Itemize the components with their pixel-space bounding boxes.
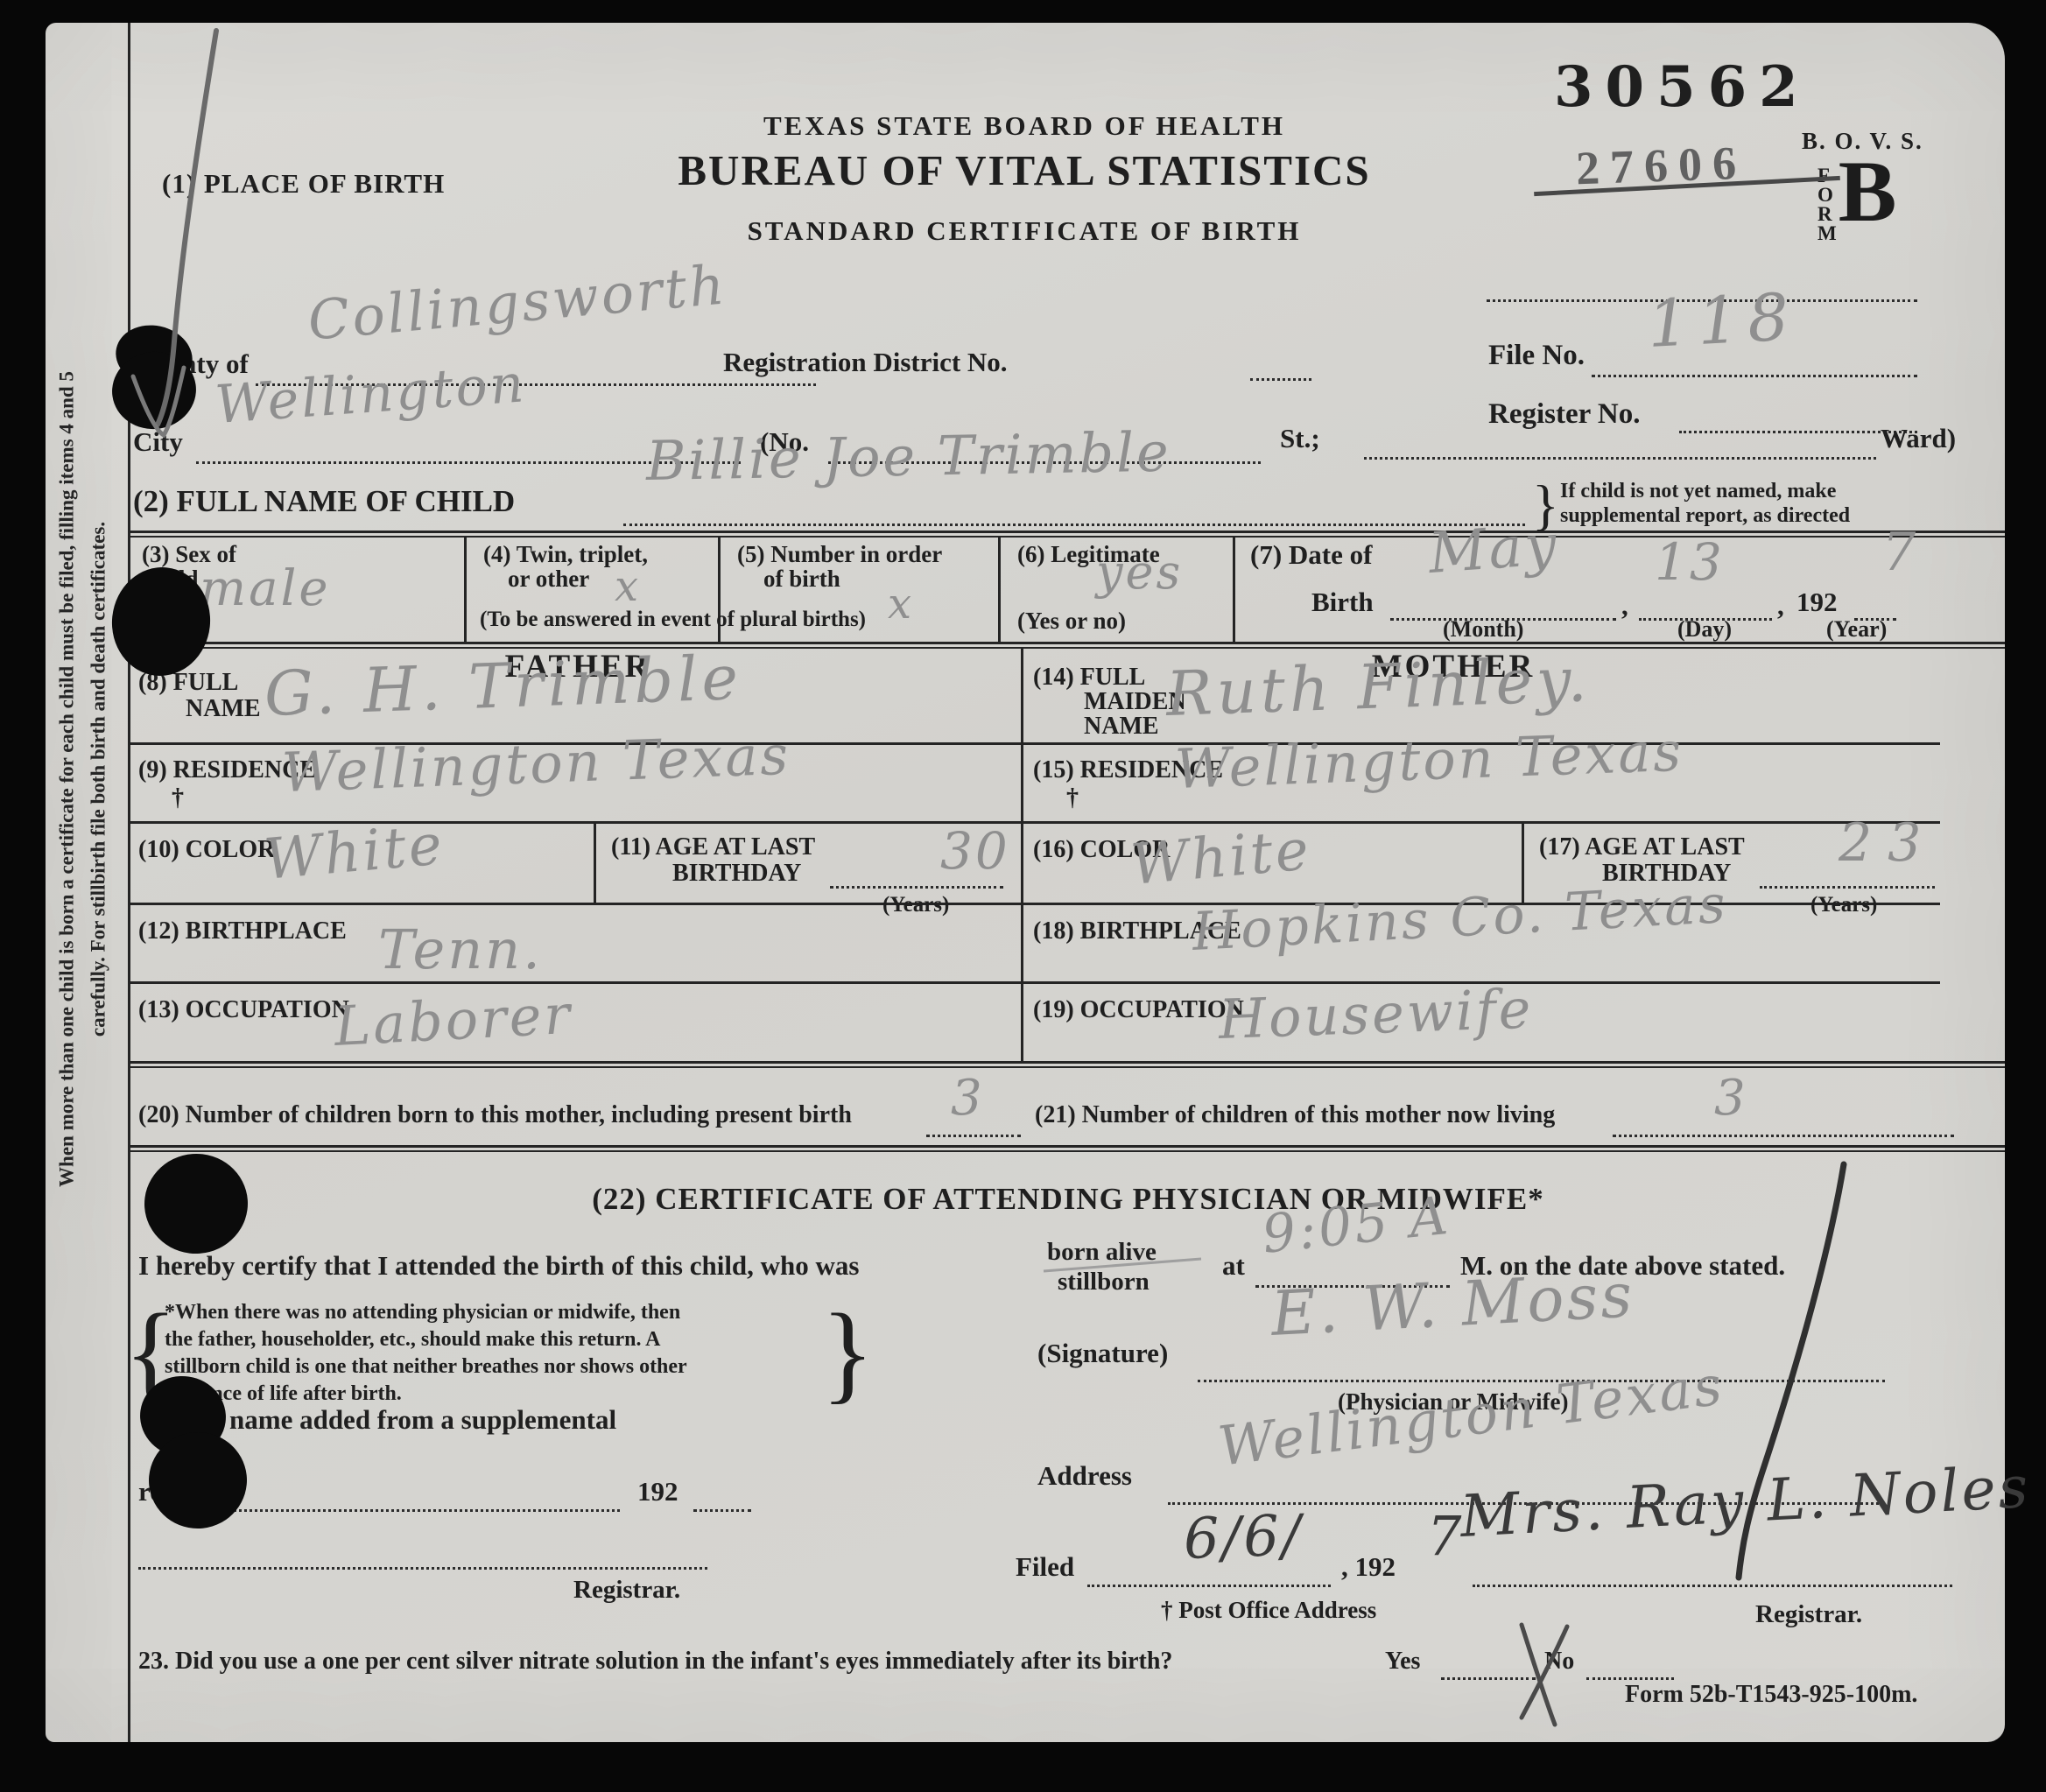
supplemental-year: 192 (637, 1476, 678, 1507)
father-age-label-2: BIRTHDAY (672, 860, 801, 888)
file-no-field-line (1592, 375, 1917, 377)
filed-value: 6/6/ (1183, 1503, 1304, 1572)
supplemental-year-line (693, 1509, 751, 1512)
dob-comma-2: , (1777, 590, 1784, 622)
supplemental-field-line (228, 1509, 620, 1512)
mother-residence-dagger: † (1066, 784, 1079, 812)
question-23-yes-line (1441, 1677, 1536, 1680)
legitimate-value: yes (1096, 545, 1183, 600)
mother-occupation-value: Housewife (1218, 976, 1535, 1051)
form-number: Form 52b-T1543-925-100m. (1625, 1681, 1917, 1709)
district-label: Registration District No. (723, 347, 1008, 378)
day-note: (Day) (1677, 616, 1732, 643)
form-letter-b: B (1839, 154, 1897, 228)
filed-label: Filed (1016, 1551, 1074, 1583)
question-23-no-line (1586, 1677, 1674, 1680)
registrar-left-line (138, 1567, 707, 1570)
rule-below-counts (128, 1145, 2005, 1152)
signature-label: (Signature) (1037, 1338, 1168, 1369)
header-board: TEXAS STATE BOARD OF HEALTH (560, 110, 1488, 142)
question-23-no-label: No (1544, 1648, 1574, 1676)
margin-instructions: When more than one child is born a certi… (52, 191, 125, 1368)
post-office-label: † Post Office Address (1161, 1597, 1376, 1624)
children-living-value: 3 (1714, 1070, 1748, 1127)
header-bureau: BUREAU OF VITAL STATISTICS (560, 145, 1488, 195)
grid-divider-1 (464, 537, 467, 642)
year-note: (Year) (1826, 616, 1887, 643)
father-color-age-divider (594, 824, 596, 904)
street-field-line (1364, 457, 1876, 460)
registrar-right-label: Registrar. (1755, 1600, 1862, 1629)
order-value: x (888, 580, 914, 629)
filed-year-prefix: , 192 (1341, 1551, 1396, 1583)
not-named-note-1: If child is not yet named, make (1560, 480, 1836, 503)
dob-year-prefix: 192 (1796, 587, 1838, 618)
children-living-line (1613, 1135, 1954, 1137)
question-23-yes-label: Yes (1385, 1648, 1420, 1676)
mother-age-note: (Years) (1810, 893, 1877, 917)
mother-residence-rule (1021, 821, 1940, 824)
children-born-value: 3 (951, 1070, 985, 1127)
margin-line-1: When more than one child is born a certi… (52, 191, 83, 1368)
fullname-field-line (623, 524, 1525, 526)
dob-year-value: 7 (1882, 522, 1918, 583)
filed-field-line (1087, 1585, 1331, 1587)
father-occupation-label: (13) OCCUPATION (138, 996, 349, 1024)
father-residence-dagger: † (172, 784, 184, 812)
mother-occupation-label: (19) OCCUPATION (1033, 996, 1244, 1024)
fullname-value: Billie Joe Trimble (645, 420, 1171, 493)
physician-note-1: *When there was no attending physician o… (165, 1301, 680, 1325)
children-living-label: (21) Number of children of this mother n… (1035, 1101, 1555, 1129)
header-certificate: STANDARD CERTIFICATE OF BIRTH (560, 215, 1488, 247)
father-age-line (830, 886, 1003, 889)
mother-age-label-1: (17) AGE AT LAST (1539, 833, 1745, 861)
grid-divider-3 (998, 537, 1001, 642)
margin-line-2: carefully. For stillbirth file both birt… (82, 191, 114, 1368)
certificate-number-stamp: 30562 (1554, 54, 1810, 120)
supplemental-line-1: name added from a supplemental (229, 1404, 616, 1436)
physician-note-3: stillborn child is one that neither brea… (165, 1355, 687, 1379)
form-letter-o: O (1817, 186, 1837, 205)
form-letter-r: R (1817, 205, 1837, 224)
physician-note-2: the father, householder, etc., should ma… (165, 1328, 660, 1352)
city-label: City (133, 426, 183, 458)
sex-value: male (200, 560, 331, 617)
address-label: Address (1037, 1460, 1132, 1492)
father-name-label-2: NAME (186, 695, 261, 723)
mother-age-value: 23 (1839, 812, 1937, 874)
twin-label-2: or other (508, 566, 589, 593)
file-no-label: File No. (1488, 340, 1585, 372)
mother-name-value: Ruth Finley. (1165, 643, 1593, 730)
twin-value: x (615, 562, 641, 611)
father-residence-rule (128, 821, 1021, 824)
question-23-text: 23. Did you use a one per cent silver ni… (138, 1648, 1172, 1676)
children-born-label: (20) Number of children born to this mot… (138, 1101, 852, 1129)
not-named-note-2: supplemental report, as directed (1560, 504, 1850, 528)
father-color-label: (10) COLOR (138, 836, 275, 864)
rule-below-occupation (128, 1061, 2005, 1068)
order-label-1: (5) Number in order (737, 541, 942, 568)
fullname-label: (2) FULL NAME OF CHILD (133, 484, 515, 519)
father-birthplace-label: (12) BIRTHPLACE (138, 917, 347, 945)
father-birthplace-value: Tenn. (378, 917, 543, 981)
dob-comma-1: , (1621, 590, 1628, 622)
mother-age-line (1760, 886, 1935, 889)
father-age-note: (Years) (882, 893, 949, 917)
street-label: St.; (1280, 423, 1320, 454)
father-birthplace-rule (128, 981, 1021, 984)
dob-day-value: 13 (1655, 532, 1725, 592)
form-letter-m: M (1817, 224, 1837, 243)
children-born-line (926, 1135, 1021, 1137)
form-b-mark: F O R M B (1817, 154, 1896, 242)
registrar-left-label: Registrar. (573, 1576, 680, 1605)
legitimate-note: (Yes or no) (1017, 608, 1126, 635)
filed-year-value: 7 (1427, 1504, 1464, 1568)
parent-center-divider (1021, 649, 1023, 1061)
mother-name-label-3: NAME (1084, 713, 1159, 741)
form-left-border (128, 23, 130, 1742)
order-label-2: of birth (763, 566, 840, 593)
place-of-birth-label: (1) PLACE OF BIRTH (162, 168, 445, 200)
father-age-value: 30 (940, 821, 1010, 881)
plural-note: (To be answered in event of plural birth… (480, 608, 866, 632)
dob-month-value: May (1426, 513, 1561, 587)
father-age-label-1: (11) AGE AT LAST (611, 833, 815, 861)
register-no-label: Register No. (1488, 398, 1641, 431)
month-note: (Month) (1443, 616, 1523, 643)
stillborn-option: stillborn (1058, 1268, 1150, 1297)
file-no-value: 118 (1646, 279, 1800, 362)
at-label: at (1222, 1250, 1245, 1282)
district-field-line (1250, 378, 1311, 381)
dob-label-2: Birth (1311, 587, 1374, 618)
note-brace-close: } (821, 1290, 874, 1416)
born-alive-option: born alive (1047, 1238, 1157, 1267)
grid-divider-4 (1233, 537, 1235, 642)
ward-label: Ward) (1881, 423, 1956, 454)
dob-label-1: (7) Date of (1250, 539, 1372, 571)
father-occupation-value: Laborer (333, 982, 574, 1058)
certify-text: I hereby certify that I attended the bir… (138, 1250, 860, 1282)
filed-registrar-line (1473, 1585, 1952, 1587)
